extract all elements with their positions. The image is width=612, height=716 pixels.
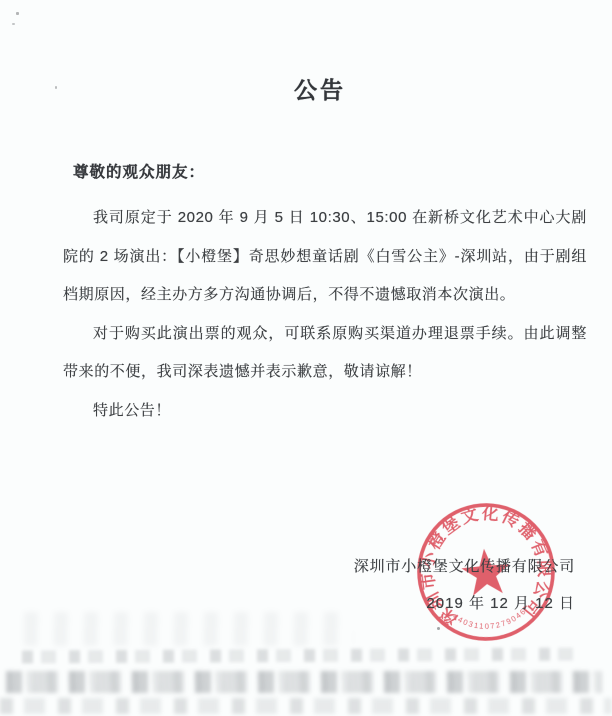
bleed-through-smudge: [0, 698, 612, 714]
paragraph-refund: 对于购买此演出票的观众，可联系原购买渠道办理退票手续。由此调整带来的不便，我司深…: [63, 315, 587, 392]
signature-date: 2019 年 12 月 12 日: [426, 592, 575, 613]
bleed-through-smudge: [24, 612, 354, 646]
body-text: 我司原定于 2020 年 9 月 5 日 10:30、15:00 在新桥文化艺术…: [63, 199, 587, 430]
paragraph-cancellation: 我司原定于 2020 年 9 月 5 日 10:30、15:00 在新桥文化艺术…: [63, 199, 587, 315]
signature-company-name: 深圳市小橙堡文化传播有限公司: [354, 555, 575, 576]
page-title: 公告: [0, 72, 612, 105]
greeting-line: 尊敬的观众朋友：: [73, 160, 205, 182]
paragraph-closing: 特此公告！: [63, 392, 587, 431]
scan-artifact-speck: [16, 12, 19, 15]
scanned-announcement-page: 公告 尊敬的观众朋友： 我司原定于 2020 年 9 月 5 日 10:30、1…: [0, 0, 612, 716]
bleed-through-smudge: [22, 648, 582, 664]
scan-artifact-speck: [12, 23, 15, 25]
bleed-through-smudge: [6, 671, 602, 693]
